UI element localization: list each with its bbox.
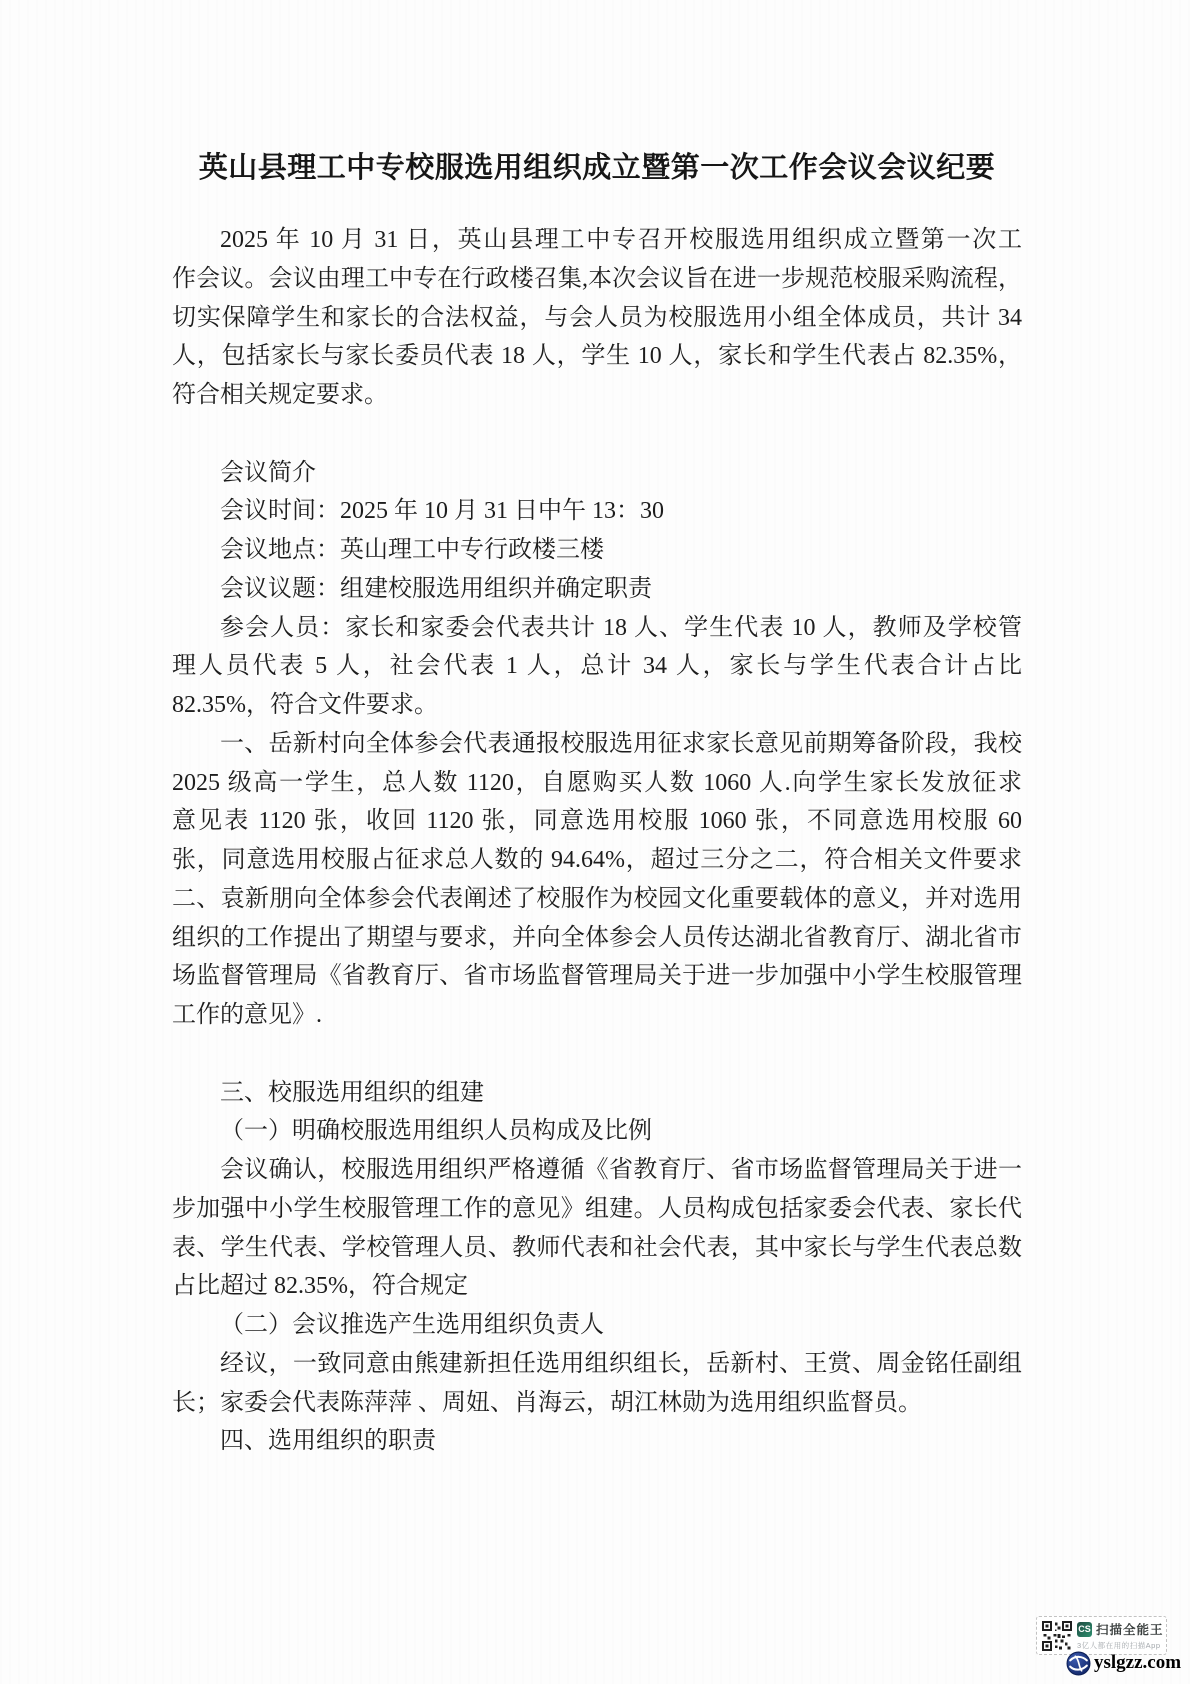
document-line: 一、岳新村向全体参会代表通报校服选用征求家长意见前期筹备阶段，我校 [172,725,1022,764]
document-line: 2025 年 10 月 31 日，英山县理工中专召开校服选用组织成立暨第一次工 [172,221,1022,260]
document-line: 会议确认，校服选用组织严格遵循《省教育厅、省市场监督管理局关于进一 [172,1151,1022,1190]
camscanner-app-name: 扫描全能王 [1096,1620,1164,1638]
document-line: 参会人员：家长和家委会代表共计 18 人、学生代表 10 人，教师及学校管 [172,609,1022,648]
site-url: yslgzz.com [1094,1652,1181,1674]
document-line: 工作的意见》. [172,996,1022,1035]
document-line: 二、袁新朋向全体参会代表阐述了校服作为校园文化重要载体的意义，并对选用 [172,880,1022,919]
document-line: 会议议题：组建校服选用组织并确定职责 [172,570,1022,609]
document-line: （二）会议推选产生选用组织负责人 [172,1306,1022,1345]
document-line: 占比超过 82.35%，符合规定 [172,1267,1022,1306]
document-title: 英山县理工中专校服选用组织成立暨第一次工作会议会议纪要 [172,146,1022,190]
document-line: 三、校服选用组织的组建 [172,1074,1022,1113]
document-line: 作会议。会议由理工中专在行政楼召集,本次会议旨在进一步规范校服采购流程， [172,260,1022,299]
document-line: 符合相关规定要求。 [172,376,1022,415]
document-line: 组织的工作提出了期望与要求，并向全体参会人员传达湖北省教育厅、湖北省市 [172,919,1022,958]
document-line: 张，同意选用校服占征求总人数的 94.64%，超过三分之二，符合相关文件要求 [172,841,1022,880]
document-line: 会议地点：英山理工中专行政楼三楼 [172,531,1022,570]
document-line: 人，包括家长与家长委员代表 18 人，学生 10 人，家长和学生代表占 82.3… [172,337,1022,376]
document-line: 2025 级高一学生，总人数 1120，自愿购买人数 1060 人.向学生家长发… [172,764,1022,803]
document-line: 理人员代表 5 人，社会代表 1 人，总计 34 人，家长与学生代表合计占比 [172,647,1022,686]
document-line: 长；家委会代表陈萍萍 、周妞、肖海云，胡江林勋为选用组织监督员。 [172,1384,1022,1423]
blank-line [172,1035,1022,1074]
site-watermark: yslgzz.com [1066,1649,1181,1677]
document-line: 经议，一致同意由熊建新担任选用组织组长，岳新村、王赏、周金铭任副组 [172,1345,1022,1384]
document-line: 会议简介 [172,454,1022,493]
document-line: 切实保障学生和家长的合法权益，与会人员为校服选用小组全体成员，共计 34 [172,299,1022,338]
qr-code-icon [1042,1621,1072,1651]
camscanner-badge-text: CS 扫描全能王 3亿人都在用的扫描App [1077,1620,1164,1651]
globe-logo-icon [1066,1651,1091,1676]
document-line: 82.35%，符合文件要求。 [172,686,1022,725]
document-line: （一）明确校服选用组织人员构成及比例 [172,1112,1022,1151]
document-body: 2025 年 10 月 31 日，英山县理工中专召开校服选用组织成立暨第一次工作… [172,221,1022,1461]
document-line: 会议时间：2025 年 10 月 31 日中午 13：30 [172,492,1022,531]
document: 英山县理工中专校服选用组织成立暨第一次工作会议会议纪要 2025 年 10 月 … [172,146,1022,1461]
document-line: 步加强中小学生校服管理工作的意见》组建。人员构成包括家委会代表、家长代 [172,1190,1022,1229]
document-line: 意见表 1120 张，收回 1120 张，同意选用校服 1060 张，不同意选用… [172,802,1022,841]
blank-line [172,415,1022,454]
scanned-document-page: 英山县理工中专校服选用组织成立暨第一次工作会议会议纪要 2025 年 10 月 … [0,0,1190,1684]
document-line: 场监督管理局《省教育厅、省市场监督管理局关于进一步加强中小学生校服管理 [172,957,1022,996]
camscanner-logo-icon: CS [1077,1622,1092,1637]
document-line: 四、选用组织的职责 [172,1422,1022,1461]
document-line: 表、学生代表、学校管理人员、教师代表和社会代表，其中家长与学生代表总数 [172,1229,1022,1268]
